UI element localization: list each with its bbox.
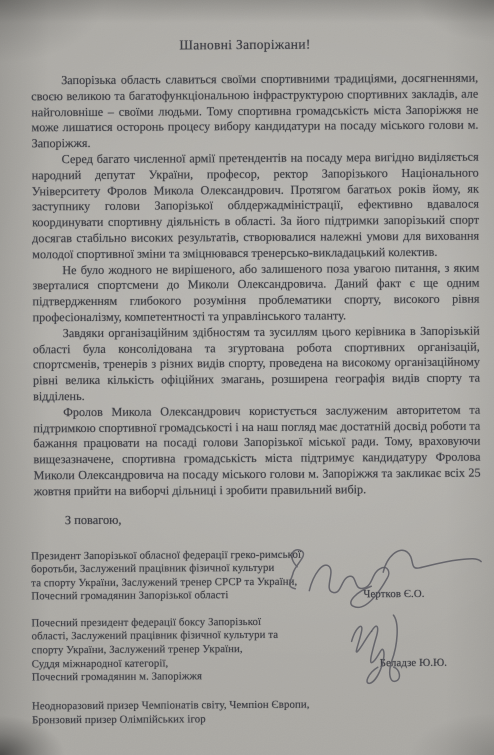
signatory-1-title: Президент Запорізької обласної федерації…	[31, 548, 361, 604]
signatory-2-title: Почесний президент федерації боксу Запор…	[31, 615, 361, 685]
letter-content: Шановні Запоріжани! Запорізька область с…	[0, 0, 494, 755]
signatory-block-1: Президент Запорізької обласної федерації…	[31, 547, 494, 604]
scanned-letter-page: Шановні Запоріжани! Запорізька область с…	[0, 0, 494, 755]
paragraph-4: Завдяки організаційним здібностям та зус…	[33, 323, 480, 405]
achievement-line: Бронзовий призер Олімпійських ігор	[32, 711, 494, 728]
paragraph-2: Серед багато численної армії претенденті…	[32, 150, 480, 263]
signatory-1-name: Чертков Є.О.	[363, 587, 424, 601]
letter-body: Запорізька область славиться своїми спор…	[31, 71, 481, 500]
signatory-2-name: Беладзе Ю.Ю.	[380, 657, 447, 671]
signature-section: Президент Запорізької обласної федерації…	[31, 547, 494, 685]
paragraph-3: Не було жодного не вирішеного, або залиш…	[32, 260, 479, 326]
closing-salutation: З повагою,	[65, 510, 494, 528]
paragraph-1: Запорізька область славиться своїми спор…	[31, 71, 478, 153]
athlete-achievements: Неодноразовий призер Чемпіонатів світу, …	[32, 696, 494, 727]
signatory-2-title-line: Почесний громадянин м. Запоріжжя	[32, 670, 362, 686]
signatory-block-2: Почесний президент федерації боксу Запор…	[31, 614, 494, 685]
paragraph-5: Фролов Микола Олександрович користується…	[33, 402, 481, 500]
signatory-1-title-line: Почесний громадянин Запорізької області	[31, 589, 361, 605]
letter-title: Шановні Запоріжани!	[0, 35, 492, 54]
